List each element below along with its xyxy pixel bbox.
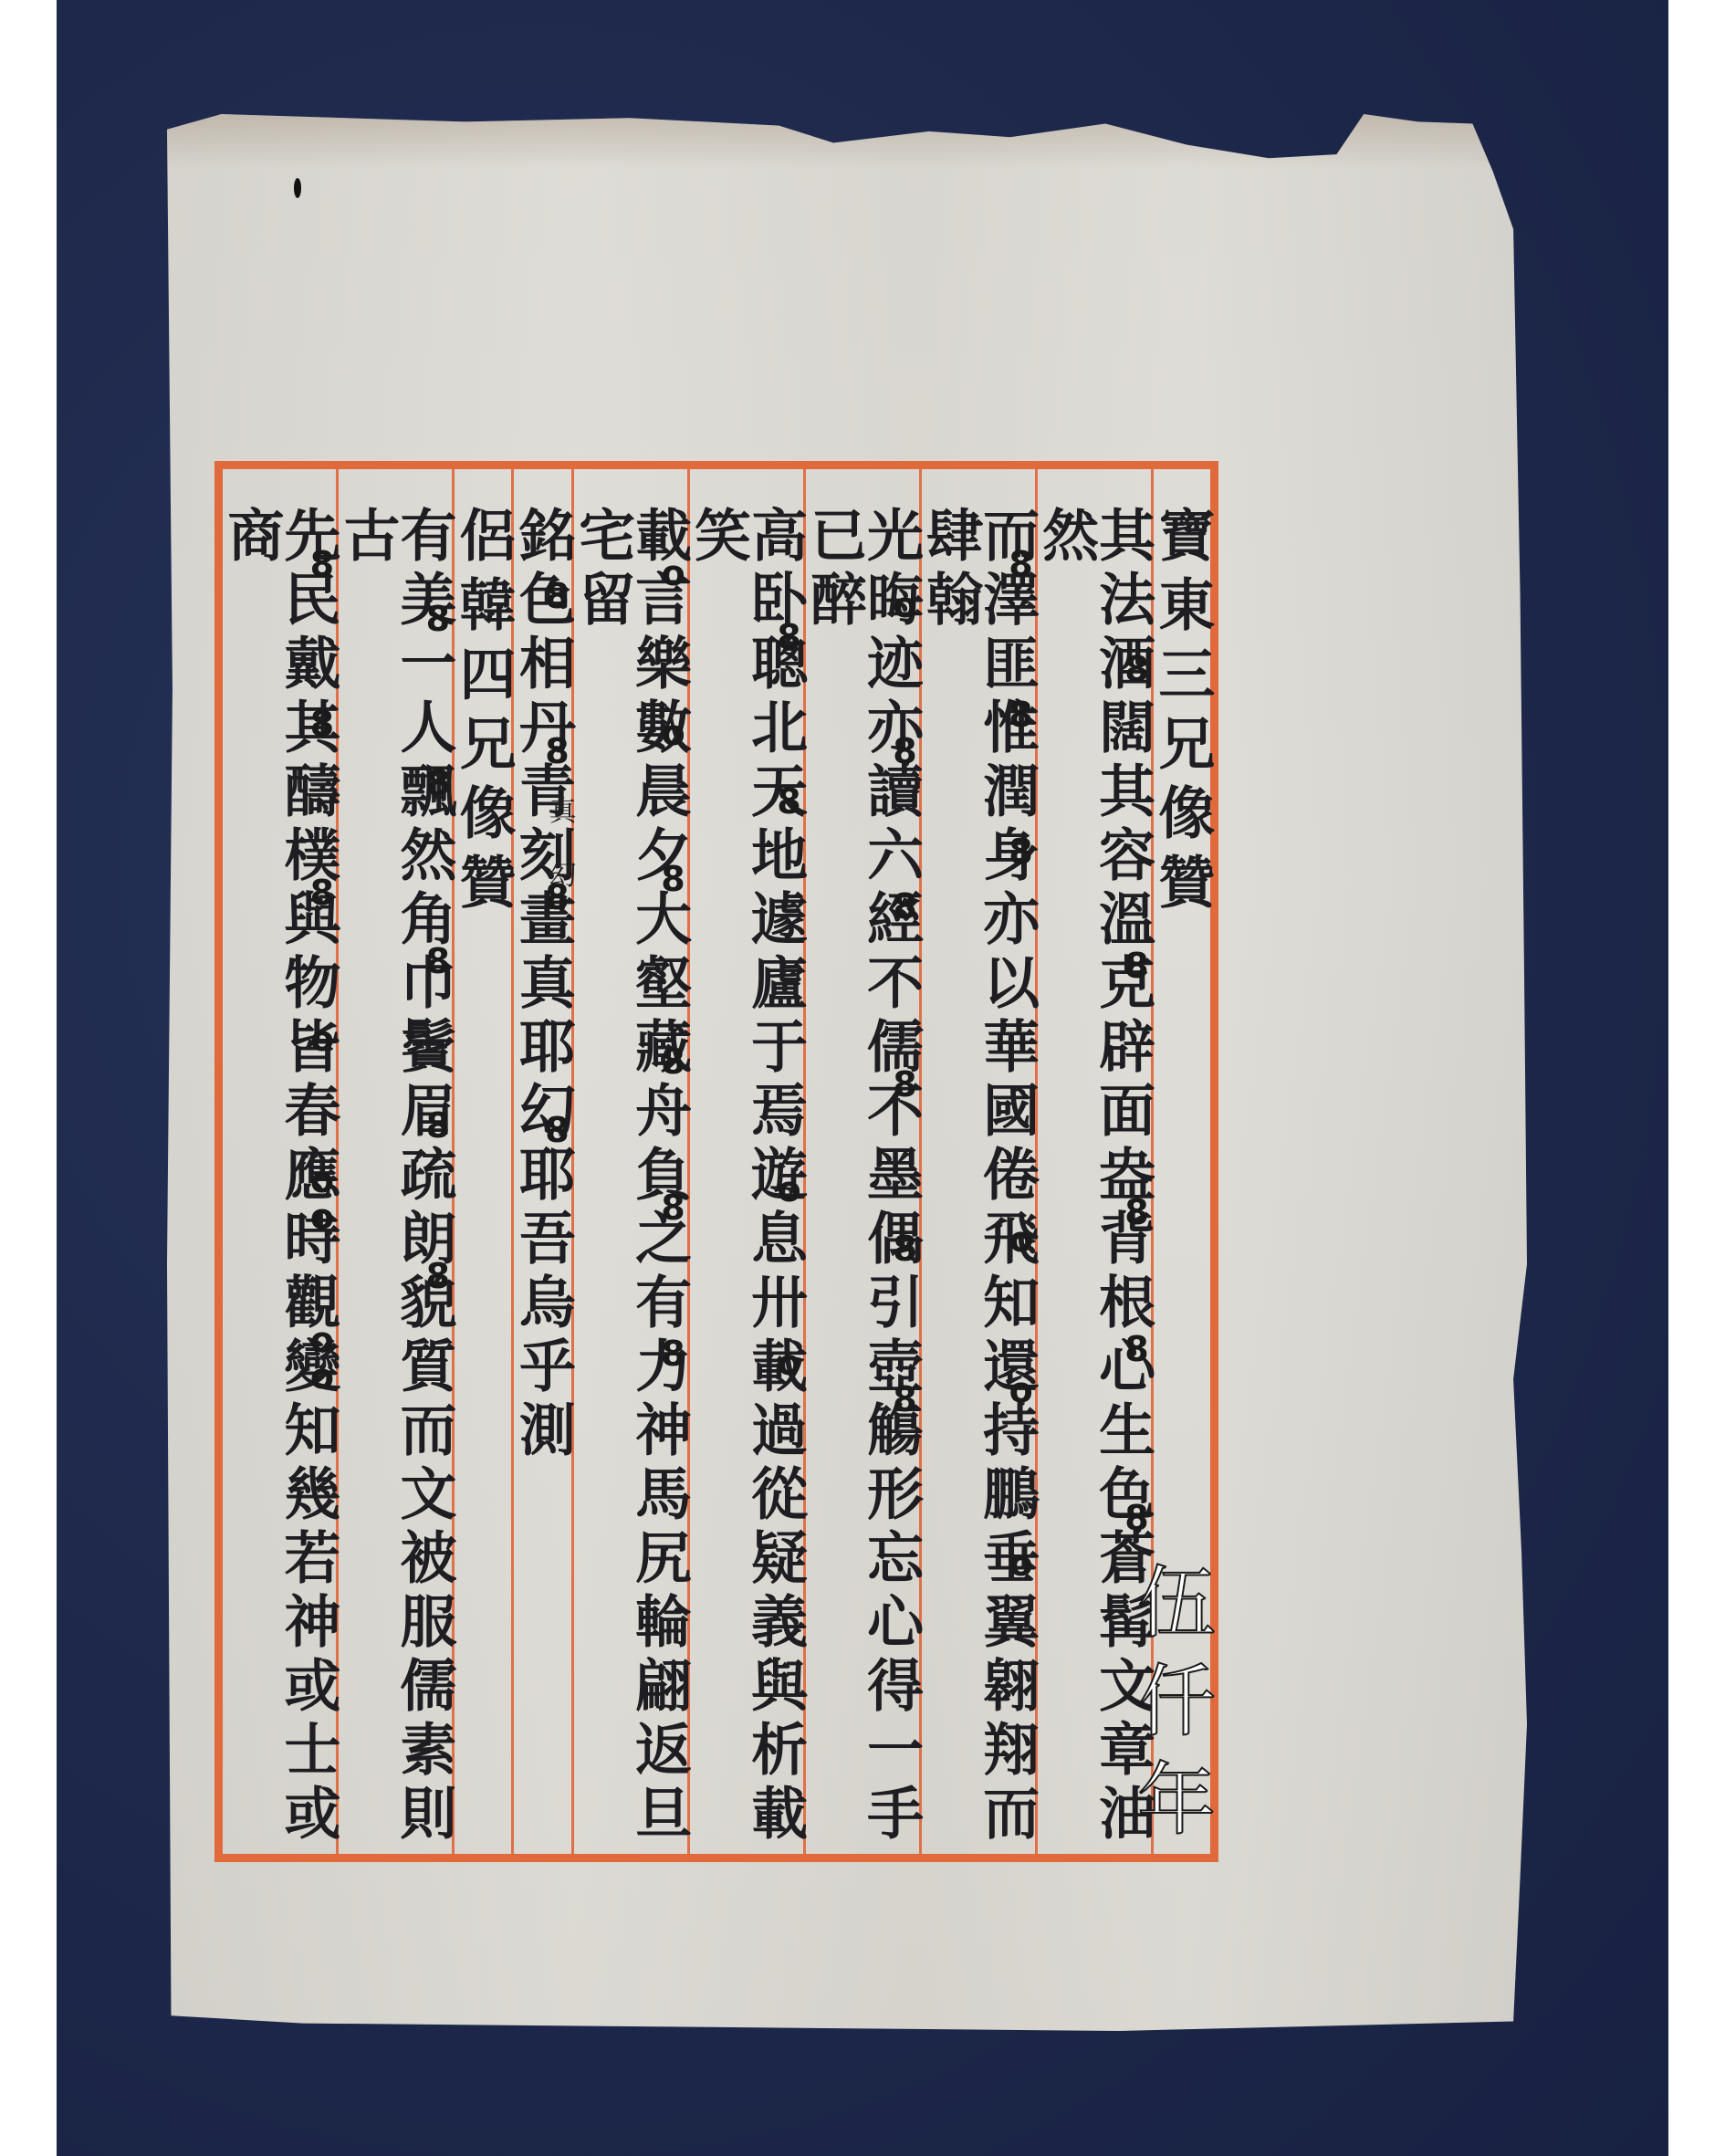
punctuation-mark: o [310, 1323, 334, 1357]
column-text: 銘色相丹青刻畫真耶幻耶吾烏乎測 [515, 506, 571, 1464]
column-9: 有美一人飄然角巾鬢眉疏朗貌質而文被服儒素則古 8 8 8 8 8 [336, 469, 452, 1854]
punctuation-mark: o [894, 588, 917, 623]
punctuation-mark: o [1009, 1546, 1033, 1581]
margin-note: 幻 [549, 853, 577, 893]
punctuation-mark: 8 [1009, 697, 1032, 732]
punctuation-mark: o [1009, 1222, 1033, 1257]
margin-note: 真 [549, 789, 577, 829]
punctuation-mark: 8 [1009, 547, 1032, 581]
outlined-stamp-text: 伍仟年 [1130, 1561, 1208, 1857]
column-3: 而澤匪惟潤身亦以華國倦飛知還持鵬垂翼翱翔而肆翰 8 8 8 o o o [919, 469, 1035, 1854]
punctuation-mark: 8 [310, 547, 334, 581]
punctuation-mark: 8 [893, 1382, 916, 1417]
column-text: 侶韓四兄像贊 [455, 506, 511, 922]
punctuation-mark: 8 [893, 1231, 916, 1266]
punctuation-mark: 8 [426, 1108, 450, 1143]
punctuation-mark: o [1009, 1373, 1033, 1408]
punctuation-mark: o [662, 556, 685, 591]
column-10: 先民戴其醻樸與物皆春應時觀變知幾若神或士或商 8 8 8 o o o o o [223, 469, 336, 1854]
punctuation-mark: o [662, 716, 685, 750]
punctuation-mark: 8 [545, 579, 569, 613]
punctuation-mark: o [310, 1359, 334, 1394]
column-4: 光晦迹亦讀六經不儒不墨偶引壺觴形忘心得一手已醉 o 8 8 8 8 8 [803, 469, 919, 1854]
red-ruled-grid: 寶東三兄像贊 其法酒闊其容溫克辟面盎背根心生色蒼髯文章油然 8 8 8 8 8 … [214, 461, 1218, 1862]
punctuation-mark: 8 [661, 1336, 685, 1371]
white-border-right [1668, 0, 1725, 2156]
punctuation-mark: 8 [426, 1259, 450, 1293]
punctuation-mark: 8 [661, 862, 685, 896]
punctuation-mark: 8 [777, 784, 800, 819]
column-text: 有美一人飄然角巾鬢眉疏朗貌質而文被服儒素則古 [339, 506, 452, 1854]
punctuation-mark: 8 [661, 1190, 685, 1225]
column-7: 銘色相丹青刻畫真耶幻耶吾烏乎測 8 8 8 8 真 幻 [511, 469, 570, 1854]
column-text: 寶東三兄像贊 [1154, 506, 1210, 922]
column-6: 載言樂數晨夕大壑藏舟負之有力神馬尻輪翩返旦宅留 o o 8 8 8 8 [571, 469, 687, 1854]
punctuation-mark: 8 [661, 1044, 685, 1079]
punctuation-mark: 8 [1124, 652, 1148, 686]
punctuation-mark: 8 [545, 1113, 569, 1147]
column-8-title: 侶韓四兄像贊 [452, 469, 511, 1854]
column-text: 光晦迹亦讀六經不儒不墨偶引壺觴形忘心得一手已醉 [806, 506, 919, 1854]
punctuation-mark: 8 [893, 1067, 916, 1102]
punctuation-mark: 8 [310, 706, 334, 741]
punctuation-mark: o [778, 1345, 801, 1380]
column-5: 高卧聰北天地遽廬于焉遊息卅載過從疑義與析載笑 8 8 o o [687, 469, 803, 1854]
punctuation-mark: 8 [426, 766, 450, 801]
punctuation-mark: 8 [777, 620, 800, 654]
punctuation-mark: o [778, 1172, 801, 1207]
punctuation-mark: 8 [1124, 948, 1148, 983]
punctuation-mark: 8 [426, 602, 450, 636]
ink-spot [294, 178, 301, 198]
punctuation-mark: 8 [1124, 1501, 1148, 1535]
punctuation-mark: 8 [426, 944, 450, 979]
punctuation-mark: o [310, 1021, 334, 1056]
punctuation-mark: 8 [310, 875, 334, 910]
punctuation-mark: 8 [545, 734, 569, 769]
punctuation-mark: o [310, 1163, 334, 1198]
punctuation-mark: o [310, 1199, 334, 1234]
white-border-left [0, 0, 57, 2156]
punctuation-mark: 8 [1124, 1332, 1148, 1366]
column-text: 載言樂數晨夕大壑藏舟負之有力神馬尻輪翩返旦宅留 [574, 506, 687, 1854]
punctuation-mark: 8 [1009, 834, 1032, 869]
punctuation-mark: 8 [893, 889, 916, 924]
punctuation-mark: 8 [893, 734, 916, 769]
punctuation-mark: 8 [1124, 1195, 1148, 1230]
